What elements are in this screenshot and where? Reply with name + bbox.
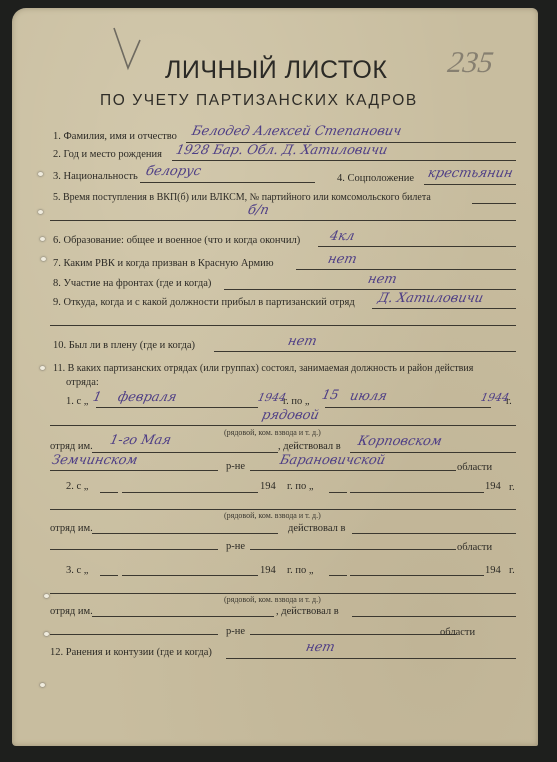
entry-1-district[interactable]: Земчинском <box>50 453 138 468</box>
field-12-value[interactable]: нет <box>304 640 336 655</box>
field-8-value[interactable]: нет <box>366 272 398 287</box>
field-4-value[interactable]: крестьянин <box>426 166 514 181</box>
field-2-value[interactable]: 1928 Бар. Обл. Д. Хатиловичи <box>174 143 388 158</box>
field-10-label: 10. Был ли в плену (где и когда) <box>53 340 195 351</box>
field-1-value[interactable]: Белодед Алексей Степанович <box>190 124 402 139</box>
field-3-label: 3. Национальность <box>53 171 138 182</box>
punch-hole <box>44 594 49 598</box>
entry-1-to-day[interactable]: 15 <box>320 388 340 403</box>
punch-hole <box>40 237 45 241</box>
entry-1-region[interactable]: Барановичской <box>278 453 386 468</box>
field-7-label: 7. Каким РВК и когда призван в Красную А… <box>53 258 274 269</box>
field-10-value[interactable]: нет <box>286 334 318 349</box>
page-subtitle: ПО УЧЕТУ ПАРТИЗАНСКИХ КАДРОВ <box>100 92 418 110</box>
field-5-value[interactable]: б/п <box>246 203 270 218</box>
field-11-label-cont: отряда: <box>66 377 99 388</box>
field-5-label: 5. Время поступления в ВКП(б) или ВЛКСМ,… <box>53 192 431 203</box>
field-7-value[interactable]: нет <box>326 252 358 267</box>
entry-1-acted-in[interactable]: Корповском <box>356 434 443 449</box>
field-12-label: 12. Ранения и контузии (где и когда) <box>50 647 212 658</box>
entry-1-from-month[interactable]: февраля <box>116 390 178 405</box>
punch-hole <box>41 257 46 261</box>
punch-hole <box>40 683 45 687</box>
punch-hole <box>40 366 45 370</box>
punch-hole <box>44 632 49 636</box>
entry-1-position[interactable]: рядовой <box>260 408 320 423</box>
field-6-label: 6. Образование: общее и военное (что и к… <box>53 235 300 246</box>
field-6-value[interactable]: 4кл <box>328 229 356 244</box>
field-1-label: 1. Фамилия, имя и отчество <box>53 131 177 142</box>
punch-hole <box>38 210 43 214</box>
entry-1-detachment[interactable]: 1-го Мая <box>108 433 172 448</box>
field-3-value[interactable]: белорус <box>144 164 202 179</box>
field-8-label: 8. Участие на фронтах (где и когда) <box>53 278 211 289</box>
field-9-value[interactable]: Д. Хатиловичи <box>376 291 484 306</box>
field-11-label: 11. В каких партизанских отрядах (или гр… <box>53 363 473 374</box>
field-4-label: 4. Соцположение <box>337 173 414 184</box>
checkmark-icon <box>110 26 146 72</box>
field-2-label: 2. Год и место рождения <box>53 149 162 160</box>
field-9-label: 9. Откуда, когда и с какой должности при… <box>53 297 355 308</box>
punch-hole <box>38 172 43 176</box>
entry-1-to-month[interactable]: июля <box>348 389 388 404</box>
page-title: ЛИЧНЫЙ ЛИСТОК <box>165 56 387 85</box>
sheet-number: 235 <box>446 46 496 80</box>
